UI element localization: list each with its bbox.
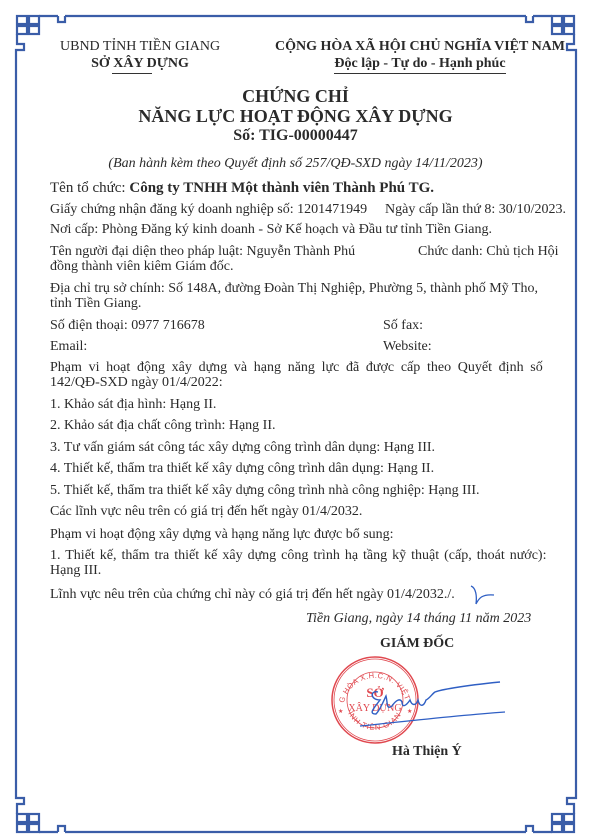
- legal-representative: Tên người đại diện theo pháp luật: Nguyễ…: [50, 244, 355, 260]
- issuing-authority: UBND TỈNH TIỀN GIANG SỞ XÂY DỰNG: [60, 38, 220, 72]
- certificate-title: CHỨNG CHỈ: [0, 86, 591, 107]
- email: Email:: [50, 339, 87, 355]
- head-office-address: Địa chỉ trụ sở chính: Số 148A, đường Đoà…: [50, 281, 538, 297]
- license-issue-date: Ngày cấp lần thứ 8: 30/10/2023.: [385, 202, 566, 218]
- scope-item: 5. Thiết kế, thẩm tra thiết kế xây dựng …: [50, 483, 480, 499]
- license-issuer: Nơi cấp: Phòng Đăng ký kinh doanh - Sở K…: [50, 222, 492, 238]
- place-and-date: Tiền Giang, ngày 14 tháng 11 năm 2023: [306, 611, 531, 627]
- scope-granted-intro-cont: 142/QĐ-SXD ngày 01/4/2022:: [50, 375, 223, 391]
- scope-item: 4. Thiết kế, thẩm tra thiết kế xây dựng …: [50, 461, 434, 477]
- head-office-address-cont: tỉnh Tiền Giang.: [50, 296, 141, 312]
- header-underline: [112, 73, 152, 74]
- representative-position-cont: đồng thành viên kiêm Giám đốc.: [50, 259, 234, 275]
- website: Website:: [383, 339, 432, 355]
- national-title: CỘNG HÒA XÃ HỘI CHỦ NGHĨA VIỆT NAM: [270, 38, 570, 55]
- scope-added-item: 1. Thiết kế, thẩm tra thiết kế xây dựng …: [50, 548, 546, 564]
- organization-name-label: Tên tổ chức:: [50, 180, 129, 196]
- scope-granted-intro: Phạm vi hoạt động xây dựng và hạng năng …: [50, 360, 543, 376]
- scope-added-intro: Phạm vi hoạt động xây dựng và hạng năng …: [50, 527, 394, 543]
- representative-position: Chức danh: Chủ tịch Hội: [418, 244, 559, 260]
- signer-title: GIÁM ĐỐC: [380, 636, 454, 652]
- decision-reference: (Ban hành kèm theo Quyết định số 257/QĐ-…: [0, 156, 591, 172]
- phone-number: Số điện thoại: 0977 716678: [50, 318, 205, 334]
- initials-mark: [468, 584, 496, 606]
- business-license: Giấy chứng nhận đăng ký doanh nghiệp số:…: [50, 202, 367, 218]
- organization-name-row: Tên tổ chức: Công ty TNHH Một thành viên…: [50, 180, 434, 196]
- department-name: SỞ XÂY DỰNG: [60, 55, 220, 72]
- province-committee: UBND TỈNH TIỀN GIANG: [60, 38, 220, 55]
- national-motto: Độc lập - Tự do - Hạnh phúc: [334, 55, 505, 74]
- fax-number: Số fax:: [383, 318, 423, 334]
- scope-granted-validity: Các lĩnh vực nêu trên có giá trị đến hết…: [50, 504, 362, 520]
- organization-name: Công ty TNHH Một thành viên Thành Phú TG…: [129, 180, 434, 196]
- scope-item: 1. Khảo sát địa hình: Hạng II.: [50, 397, 216, 413]
- scope-item: 3. Tư vấn giám sát công tác xây dựng côn…: [50, 440, 435, 456]
- scope-added-validity: Lĩnh vực nêu trên của chứng chỉ này có g…: [50, 587, 455, 603]
- certificate-subtitle: NĂNG LỰC HOẠT ĐỘNG XÂY DỰNG: [0, 106, 591, 127]
- signer-name: Hà Thiện Ý: [392, 744, 462, 760]
- national-header: CỘNG HÒA XÃ HỘI CHỦ NGHĨA VIỆT NAM Độc l…: [270, 38, 570, 74]
- scope-item: 2. Khảo sát địa chất công trình: Hạng II…: [50, 418, 276, 434]
- scope-added-item-cont: Hạng III.: [50, 563, 101, 579]
- director-signature: [340, 670, 510, 740]
- certificate-number: Số: TIG-00000447: [0, 127, 591, 145]
